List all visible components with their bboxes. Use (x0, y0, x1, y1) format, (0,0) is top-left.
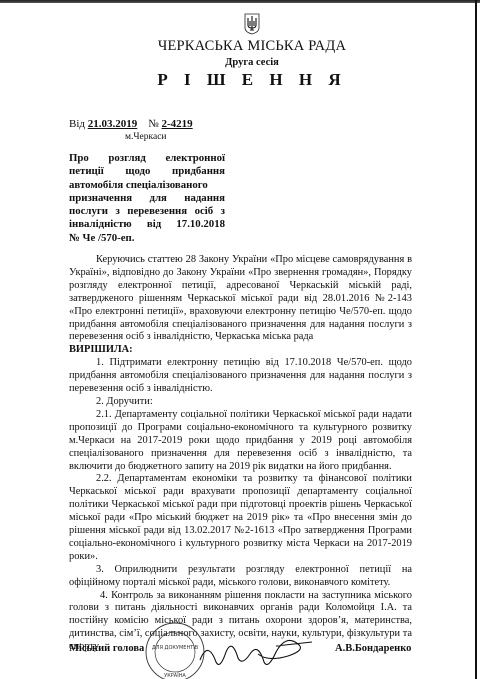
document-type: Р І Ш Е Н Н Я (0, 70, 480, 90)
decision-date: 21.03.2019 (88, 118, 138, 130)
preamble: Керуючись статтею 28 Закону України «Про… (69, 254, 412, 344)
session-label: Друга сесія (0, 57, 480, 68)
subject-line: Про розгляд електронної (69, 152, 225, 165)
council-name: ЧЕРКАСЬКА МІСЬКА РАДА (0, 38, 480, 55)
date-number-line: Від 21.03.2019 № 2-4219 (69, 118, 193, 130)
item-2: 2. Доручити: (69, 396, 412, 409)
item-1: 1. Підтримати електронну петицію від 17.… (69, 357, 412, 396)
subject-heading: Про розгляд електронної петиції щодо при… (69, 152, 225, 245)
svg-text:ДЛЯ ДОКУМЕНТІВ: ДЛЯ ДОКУМЕНТІВ (152, 645, 199, 651)
document-body: Керуючись статтею 28 Закону України «Про… (69, 254, 412, 654)
handwritten-signature (198, 632, 314, 672)
item-2-1: 2.1. Департаменту соціальної політики Че… (69, 409, 412, 474)
item-3: 3. Оприлюднити результати розгляду елект… (69, 564, 412, 590)
city: м.Черкаси (125, 132, 167, 142)
number-prefix: № (148, 118, 159, 130)
subject-line: петиції щодо придбання (69, 165, 225, 178)
signatory-name: А.В.Бондаренко (335, 643, 411, 654)
subject-line: № Че /570-еп. (69, 232, 225, 245)
decision-number: 2-4219 (162, 118, 193, 130)
svg-text:УКРАЇНА: УКРАЇНА (164, 672, 186, 679)
date-prefix: Від (69, 118, 85, 130)
resolved-heading: ВИРІШИЛА: (69, 344, 412, 357)
subject-line: послуги з перевезення осіб з (69, 205, 225, 218)
trident-coat-of-arms-icon (244, 13, 260, 35)
subject-line: призначення для надання (69, 192, 225, 205)
item-2-2: 2.2. Департаментам економіки та розвитку… (69, 473, 412, 563)
signatory-position: Міський голова (69, 643, 144, 654)
decision-document: ЧЕРКАСЬКА МІСЬКА РАДА Друга сесія Р І Ш … (0, 0, 476, 679)
subject-line: автомобіля спеціалізованого (69, 179, 225, 192)
subject-line: інвалідністю від 17.10.2018 (69, 218, 225, 231)
